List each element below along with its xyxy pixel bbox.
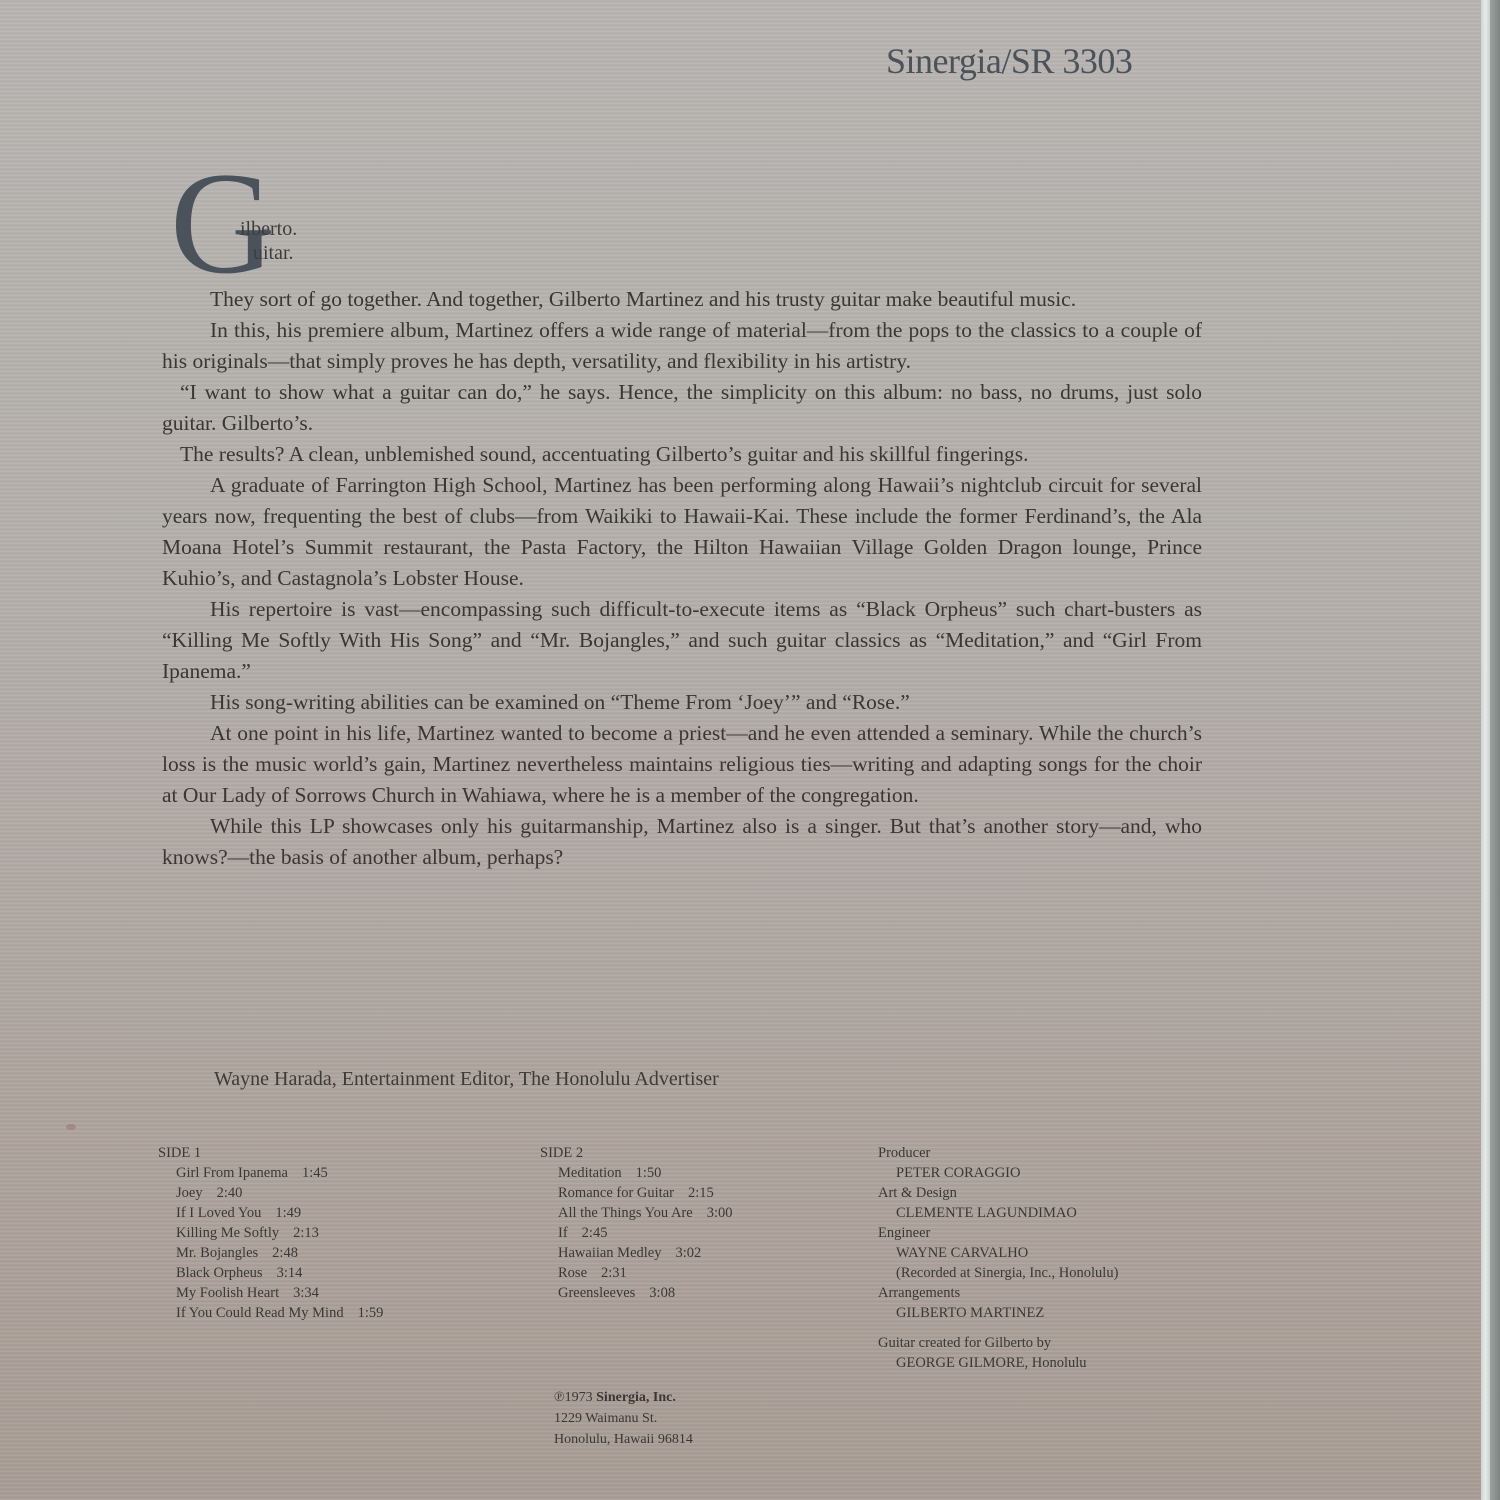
- engineer-label: Engineer: [878, 1223, 1118, 1243]
- track-row: Hawaiian Medley3:02: [540, 1243, 732, 1263]
- track-row: All the Things You Are3:00: [540, 1203, 732, 1223]
- track-title: If You Could Read My Mind: [176, 1305, 344, 1321]
- stain-mark: [66, 1124, 76, 1130]
- track-title: Greensleeves: [558, 1285, 635, 1301]
- guitar-maker-label: Guitar created for Gilberto by: [878, 1333, 1118, 1353]
- copyright-company: Sinergia, Inc.: [596, 1390, 676, 1405]
- liner-paragraph: The results? A clean, unblemished sound,…: [162, 439, 1202, 470]
- liner-paragraph: His repertoire is vast—encompassing such…: [162, 594, 1202, 687]
- liner-paragraph: While this LP showcases only his guitarm…: [162, 811, 1202, 873]
- track-title: Black Orpheus: [176, 1265, 263, 1281]
- track-row: Killing Me Softly2:13: [158, 1223, 383, 1243]
- track-duration: 3:34: [293, 1285, 319, 1301]
- track-title: All the Things You Are: [558, 1205, 693, 1221]
- track-row: If2:45: [540, 1223, 732, 1243]
- track-title: Joey: [176, 1185, 203, 1201]
- sleeve-edge: [1481, 0, 1490, 1500]
- recording-location: (Recorded at Sinergia, Inc., Honolulu): [878, 1263, 1118, 1283]
- track-title: Killing Me Softly: [176, 1225, 279, 1241]
- art-design-name: CLEMENTE LAGUNDIMAO: [878, 1203, 1118, 1223]
- liner-paragraph: At one point in his life, Martinez wante…: [162, 718, 1202, 811]
- liner-paragraph: They sort of go together. And together, …: [162, 284, 1202, 315]
- track-row: Meditation1:50: [540, 1163, 732, 1183]
- catalog-number: Sinergia/SR 3303: [886, 40, 1206, 82]
- track-row: Joey2:40: [158, 1183, 383, 1203]
- track-row: Greensleeves3:08: [540, 1283, 732, 1303]
- track-title: Meditation: [558, 1165, 622, 1181]
- author-signature: Wayne Harada, Entertainment Editor, The …: [214, 1068, 719, 1091]
- track-row: Romance for Guitar2:15: [540, 1183, 732, 1203]
- liner-paragraph: In this, his premiere album, Martinez of…: [162, 315, 1202, 377]
- address-street: 1229 Waimanu St.: [554, 1408, 693, 1429]
- track-title: Rose: [558, 1265, 587, 1281]
- track-title: Mr. Bojangles: [176, 1245, 258, 1261]
- track-duration: 1:49: [275, 1205, 301, 1221]
- track-title: Romance for Guitar: [558, 1185, 674, 1201]
- guitar-maker-name: GEORGE GILMORE, Honolulu: [878, 1353, 1118, 1373]
- track-duration: 3:14: [277, 1265, 303, 1281]
- track-title: Girl From Ipanema: [176, 1165, 288, 1181]
- title-line-2: uitar.: [253, 242, 294, 265]
- track-duration: 2:48: [272, 1245, 298, 1261]
- track-duration: 1:45: [302, 1165, 328, 1181]
- track-duration: 3:02: [675, 1245, 701, 1261]
- track-duration: 3:00: [707, 1205, 733, 1221]
- track-title: If I Loved You: [176, 1205, 261, 1221]
- side-1-label: SIDE 1: [158, 1143, 383, 1163]
- copyright-block: ℗1973 Sinergia, Inc. 1229 Waimanu St. Ho…: [554, 1387, 693, 1450]
- liner-paragraph: A graduate of Farrington High School, Ma…: [162, 470, 1202, 594]
- liner-paragraph: “I want to show what a guitar can do,” h…: [162, 377, 1202, 439]
- address-city: Honolulu, Hawaii 96814: [554, 1429, 693, 1450]
- track-duration: 1:59: [358, 1305, 384, 1321]
- side-2-label: SIDE 2: [540, 1143, 732, 1163]
- track-duration: 3:08: [649, 1285, 675, 1301]
- track-row: Rose2:31: [540, 1263, 732, 1283]
- track-row: Black Orpheus3:14: [158, 1263, 383, 1283]
- track-row: My Foolish Heart3:34: [158, 1283, 383, 1303]
- side-1-tracklist: SIDE 1 Girl From Ipanema1:45Joey2:40If I…: [158, 1143, 383, 1323]
- track-title: If: [558, 1225, 568, 1241]
- art-design-label: Art & Design: [878, 1183, 1118, 1203]
- arrangements-label: Arrangements: [878, 1283, 1118, 1303]
- track-duration: 1:50: [636, 1165, 662, 1181]
- track-row: If I Loved You1:49: [158, 1203, 383, 1223]
- engineer-name: WAYNE CARVALHO: [878, 1243, 1118, 1263]
- arrangements-name: GILBERTO MARTINEZ: [878, 1303, 1118, 1323]
- track-duration: 2:45: [582, 1225, 608, 1241]
- track-duration: 2:40: [217, 1185, 243, 1201]
- producer-name: PETER CORAGGIO: [878, 1163, 1118, 1183]
- title-line-1: ilberto.: [240, 218, 297, 241]
- liner-paragraph: His song-writing abilities can be examin…: [162, 687, 1202, 718]
- track-duration: 2:15: [688, 1185, 714, 1201]
- track-row: Mr. Bojangles2:48: [158, 1243, 383, 1263]
- background-edge: [1490, 0, 1500, 1500]
- track-duration: 2:13: [293, 1225, 319, 1241]
- track-duration: 2:31: [601, 1265, 627, 1281]
- track-title: Hawaiian Medley: [558, 1245, 661, 1261]
- production-credits: Producer PETER CORAGGIO Art & Design CLE…: [878, 1143, 1118, 1373]
- phonogram-icon: ℗: [554, 1390, 565, 1405]
- track-row: Girl From Ipanema1:45: [158, 1163, 383, 1183]
- copyright-year: 1973: [565, 1390, 593, 1405]
- track-title: My Foolish Heart: [176, 1285, 279, 1301]
- track-row: If You Could Read My Mind1:59: [158, 1303, 383, 1323]
- producer-label: Producer: [878, 1143, 1118, 1163]
- liner-notes: They sort of go together. And together, …: [162, 284, 1202, 873]
- side-2-tracklist: SIDE 2 Meditation1:50Romance for Guitar2…: [540, 1143, 732, 1303]
